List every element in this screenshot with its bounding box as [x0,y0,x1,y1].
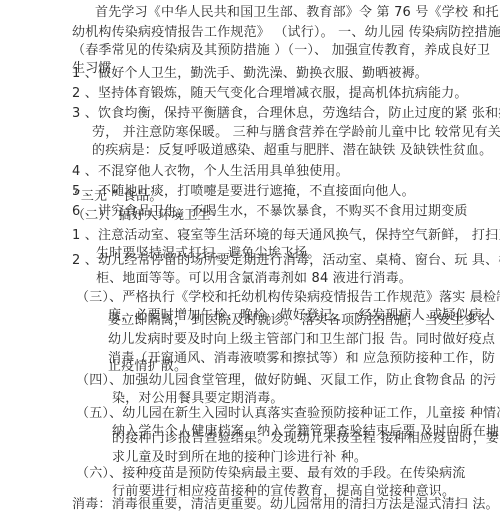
text-line: 劳， 并注意防寒保暖。 三种与膳食营养在学龄前儿童中比 较常见有关 [92,125,500,141]
text-line: （二）、搞好大环境卫生 [72,208,211,224]
text-line: （五）、幼儿园在新生入园时认真落实查验预防接种证工作，儿童接 种情况 [76,406,500,422]
text-line: 1 、注意活动室、寝室等生活环境的每天通风换气，保持空气新鲜， 打扫卫 [72,228,500,244]
text-line: 1 、做好个人卫生，勤洗手、勤洗澡、勤换衣服、勤晒被褥。 [72,66,428,82]
text-line: 幼机构传染病疫情报告工作规范》 （试行）。 一、幼儿园 传染病防控措施 [72,25,500,41]
text-line: 2 、坚持体育锻炼，随天气变化合理增减衣服，提高机体抗病能力。 [72,86,468,102]
text-line: 3 、饮食均衡，保持平衡膳食，合理休息，劳逸结合，防止过度的紧 张和疲 [72,106,500,122]
text-line: 染，对公用餐具要定期消毒。 [112,391,284,407]
text-line: 幼儿发病时要及时向上级主管部门和卫生部门报 告。同时做好疫点 [108,332,495,348]
text-line: 的疾病是：反复呼吸道感染、超重与肥胖、潜在缺铁 及缺铁性贫血。 [92,143,492,159]
text-line: （春季常见的传染病及其预防措施 ）（一）、 加强宣传教育，养成良好卫 [72,43,490,59]
text-line: 4 、不混穿他人衣物，个人生活用具单独使用。 [72,164,349,180]
text-line: 2 、幼儿经常停留的场所要定期进行消毒，活动室、桌椅、窗台、玩 具、橱 [72,253,500,269]
text-line: 要立即隔离， 到医院及时就诊。 落实各项防控措施， 当发生多名 [108,313,491,329]
text-line: （三）、严格执行《学校和托幼机构传染病疫情报告工作规范》落实 晨检制 [76,290,500,306]
text-line: 首先学习《中华人民共和国卫生部、教育部》令 第 76 号《学校 和托 [95,5,499,21]
text-line: 求儿童及时到所在地的接种门诊进行补 种。 [112,450,367,466]
text-line: （六）、接种疫苗是预防传染病最主要、最有效的手段。在传染病流 [76,466,466,482]
text-line: “三无 ” 食品。 [74,189,163,205]
text-line: 柜、地面等等。可以用含氯消毒剂如 84 液进行消毒。 [96,271,412,287]
text-line: （四）、加强幼儿园食堂管理，做好防蝇、灭鼠工作，防止食物食品 的污 [76,373,496,389]
text-line: 的接种门诊报告查验结果。发现幼儿未按全程 接种相应疫苗时，要 [112,431,499,447]
text-line: 消毒：消毒很重要，清洁更重要。幼儿园常用的清扫方法是湿式清扫 法。 [72,497,499,513]
